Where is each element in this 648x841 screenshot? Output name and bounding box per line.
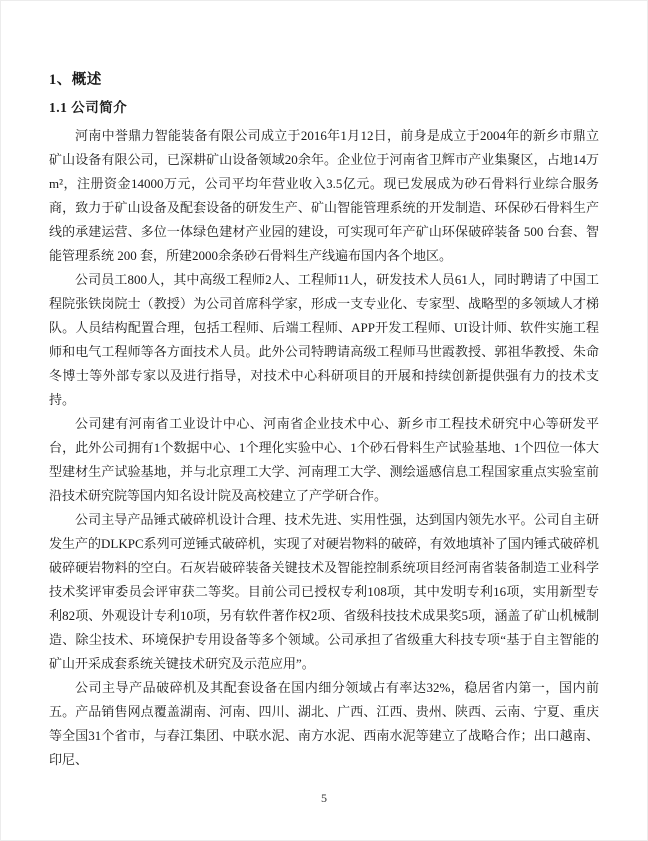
paragraph-products-patents: 公司主导产品锤式破碎机设计合理、技术先进、实用性强，达到国内领先水平。公司自主研…	[49, 508, 599, 676]
subsection-heading: 1.1 公司简介	[49, 99, 599, 117]
paragraph-market-share: 公司主导产品破碎机及其配套设备在国内细分领域占有率达32%，稳居省内第一，国内前…	[49, 676, 599, 772]
document-page: 1、概述 1.1 公司简介 河南中誉鼎力智能装备有限公司成立于2016年1月12…	[0, 0, 648, 841]
document-content: 1、概述 1.1 公司简介 河南中誉鼎力智能装备有限公司成立于2016年1月12…	[1, 1, 647, 772]
page-number: 5	[1, 791, 647, 806]
paragraph-rd-platforms: 公司建有河南省工业设计中心、河南省企业技术中心、新乡市工程技术研究中心等研发平台…	[49, 412, 599, 508]
section-heading: 1、概述	[49, 71, 599, 89]
paragraph-staff: 公司员工800人，其中高级工程师2人、工程师11人，研发技术人员61人，同时聘请…	[49, 268, 599, 412]
paragraph-company-intro: 河南中誉鼎力智能装备有限公司成立于2016年1月12日，前身是成立于2004年的…	[49, 124, 599, 268]
